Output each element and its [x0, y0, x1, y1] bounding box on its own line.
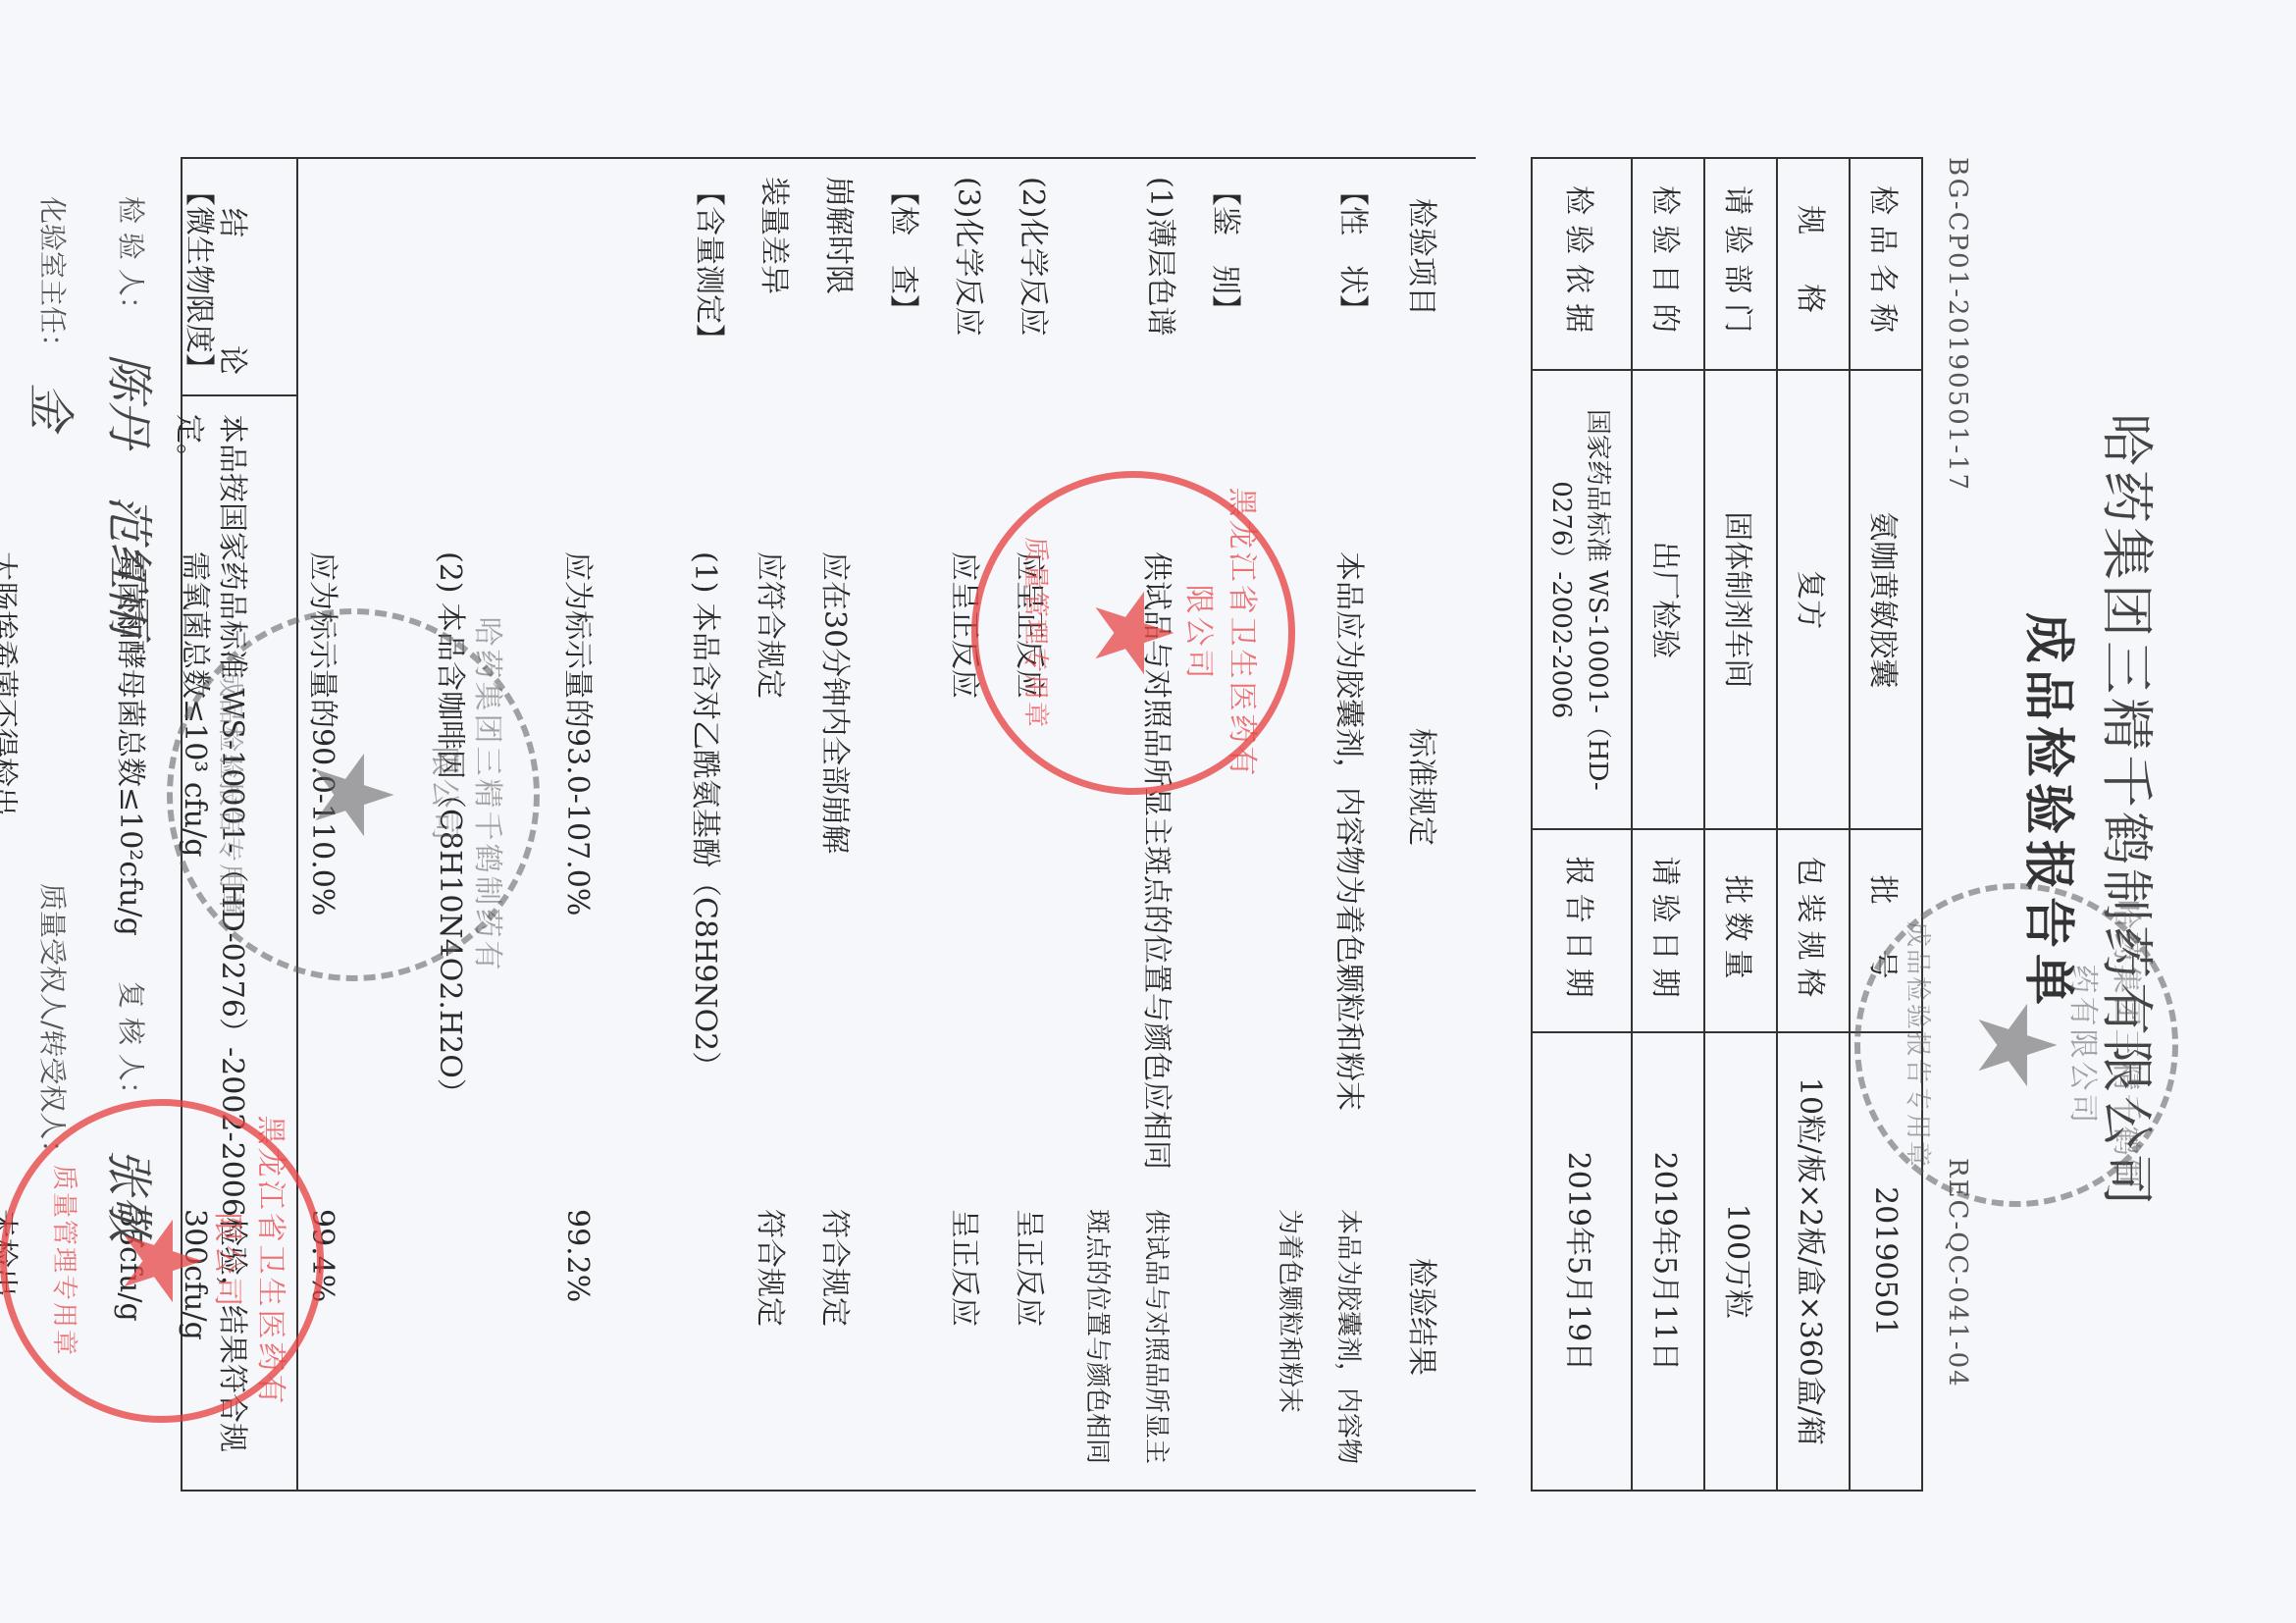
gray-stamp-bottom-ring-text: 哈药集团三精千鹤制药有限公司 — [426, 614, 512, 975]
star-icon: ★ — [1079, 585, 1187, 682]
result-standard: 本品应为胶囊剂，内容物为着色颗粒和粉末 — [1319, 551, 1378, 1179]
inspector-label: 检 验 人： — [113, 196, 152, 324]
report-date: 2019年5月19日 — [1532, 1032, 1632, 1491]
result-standard: 应为标示量的93.0-107.0% — [548, 551, 606, 1179]
qa-red-stamp-bottom: 黑龙江省卫生医药有限公司 ★ 质量管理专用章 — [0, 1099, 324, 1423]
result-item: 【性 状】 — [1334, 177, 1378, 324]
inspection-report-page: 哈药集团三精千鹤制药有限公司 成品检验报告单 BG-CP01-20190501-… — [0, 0, 2296, 1623]
dept: 固体制剂车间 — [1704, 370, 1777, 829]
purpose: 出厂检验 — [1632, 370, 1704, 829]
inspector-signature: 陈丹 范红雨 — [99, 353, 167, 636]
package-label: 包装规格 — [1777, 829, 1850, 1031]
result-item: (2)化学反应 — [1015, 177, 1058, 337]
lab-head-label: 化验室主任： — [34, 196, 74, 361]
result-value: 本品为胶囊剂，内容物为着色颗粒和粉末 — [1260, 1209, 1378, 1484]
result-item: (1)薄层色谱 — [1142, 177, 1185, 337]
result-value: 呈正反应 — [934, 1209, 993, 1484]
red-stamp-ring-text: 黑龙江省卫生医药有限公司 — [1180, 478, 1267, 788]
gray-stamp-bottom-inner-text: 成品检验报告专用章 — [214, 614, 250, 975]
lab-head-signature: 金 — [21, 383, 88, 430]
result-standard: 大肠埃希菌不得检出 — [0, 551, 31, 1179]
company-gray-stamp-bottom: 哈药集团三精千鹤制药有限公司 ★ 成品检验报告专用章 — [167, 608, 540, 981]
col-header-standard: 标准规定 — [1403, 728, 1446, 846]
result-item: 【鉴 别】 — [1207, 177, 1250, 324]
request-date-label: 请验日期 — [1632, 829, 1704, 1031]
dept-label: 请验部门 — [1704, 158, 1777, 370]
spec: 复方 — [1777, 370, 1850, 829]
result-value: 供试品与对照品所显主斑点的位置与颜色相同 — [1068, 1209, 1185, 1484]
package: 10粒/板×2板/盒×360盒/箱 — [1777, 1032, 1850, 1491]
qa-red-stamp-center: 黑龙江省卫生医药有限公司 ★ 质量管理专用章 — [971, 471, 1295, 795]
reviewer-label: 复 核 人： — [113, 981, 152, 1109]
result-standard: 应符合规定 — [740, 551, 799, 1179]
info-table: 检品名称 氨咖黄敏胶囊 批 号 20190501 规 格 复方 包装规格 10粒… — [1531, 157, 1923, 1492]
basis: 国家药品标准 WS-10001-（HD-0276）-2002-2006 — [1532, 370, 1632, 829]
star-icon: ★ — [299, 747, 407, 844]
star-icon: ★ — [108, 1213, 216, 1310]
result-item: 【检 查】 — [885, 177, 928, 324]
col-header-item: 检验项目 — [1403, 198, 1446, 316]
result-value: 符合规定 — [805, 1209, 863, 1484]
conclusion-divider — [181, 394, 296, 396]
basis-label: 检验依据 — [1532, 158, 1632, 370]
report-number: BG-CP01-20190501-17 — [1943, 157, 1972, 492]
product-name: 氨咖黄敏胶囊 — [1850, 370, 1922, 829]
company-name: 哈药集团三精千鹤制药有限公司 — [2093, 0, 2168, 1623]
purpose-label: 检验目的 — [1632, 158, 1704, 370]
result-value: 呈正反应 — [999, 1209, 1058, 1484]
result-value: 符合规定 — [740, 1209, 799, 1484]
result-standard: (1) 本品含对乙酰氨基酚（C8H9NO2） — [675, 551, 734, 1179]
result-value: 99.2% — [548, 1209, 606, 1484]
quantity-label: 批数量 — [1704, 829, 1777, 1031]
spec-label: 规 格 — [1777, 158, 1850, 370]
report-date-label: 报告日期 — [1532, 829, 1632, 1031]
star-icon: ★ — [1962, 997, 2070, 1094]
result-standard: 应在30分钟内全部崩解 — [805, 551, 863, 1179]
request-date: 2019年5月11日 — [1632, 1032, 1704, 1491]
red-stamp-bottom-ring-text: 黑龙江省卫生医药有限公司 — [209, 1106, 295, 1416]
result-item: 崩解时限 — [820, 177, 863, 294]
red-stamp-bottom-inner-text: 质量管理专用章 — [48, 1106, 84, 1416]
result-item: 装量差异 — [756, 177, 799, 294]
col-header-result: 检验结果 — [1403, 1258, 1446, 1376]
gray-stamp-inner-text: 成品检验报告专用章 — [1902, 889, 1938, 1201]
gray-stamp-ring-text: 哈药集团三精千鹤制药有限公司 — [2064, 889, 2151, 1201]
company-gray-stamp: 哈药集团三精千鹤制药有限公司 ★ 成品检验报告专用章 — [1854, 883, 2178, 1207]
red-stamp-inner-text: 质量管理专用章 — [1019, 478, 1056, 788]
result-item: (3)化学反应 — [950, 177, 993, 337]
product-name-label: 检品名称 — [1850, 158, 1922, 370]
quantity: 100万粒 — [1704, 1032, 1777, 1491]
report-title: 成品检验报告单 — [2016, 0, 2090, 1623]
result-item: 【含量测定】 — [691, 177, 734, 353]
